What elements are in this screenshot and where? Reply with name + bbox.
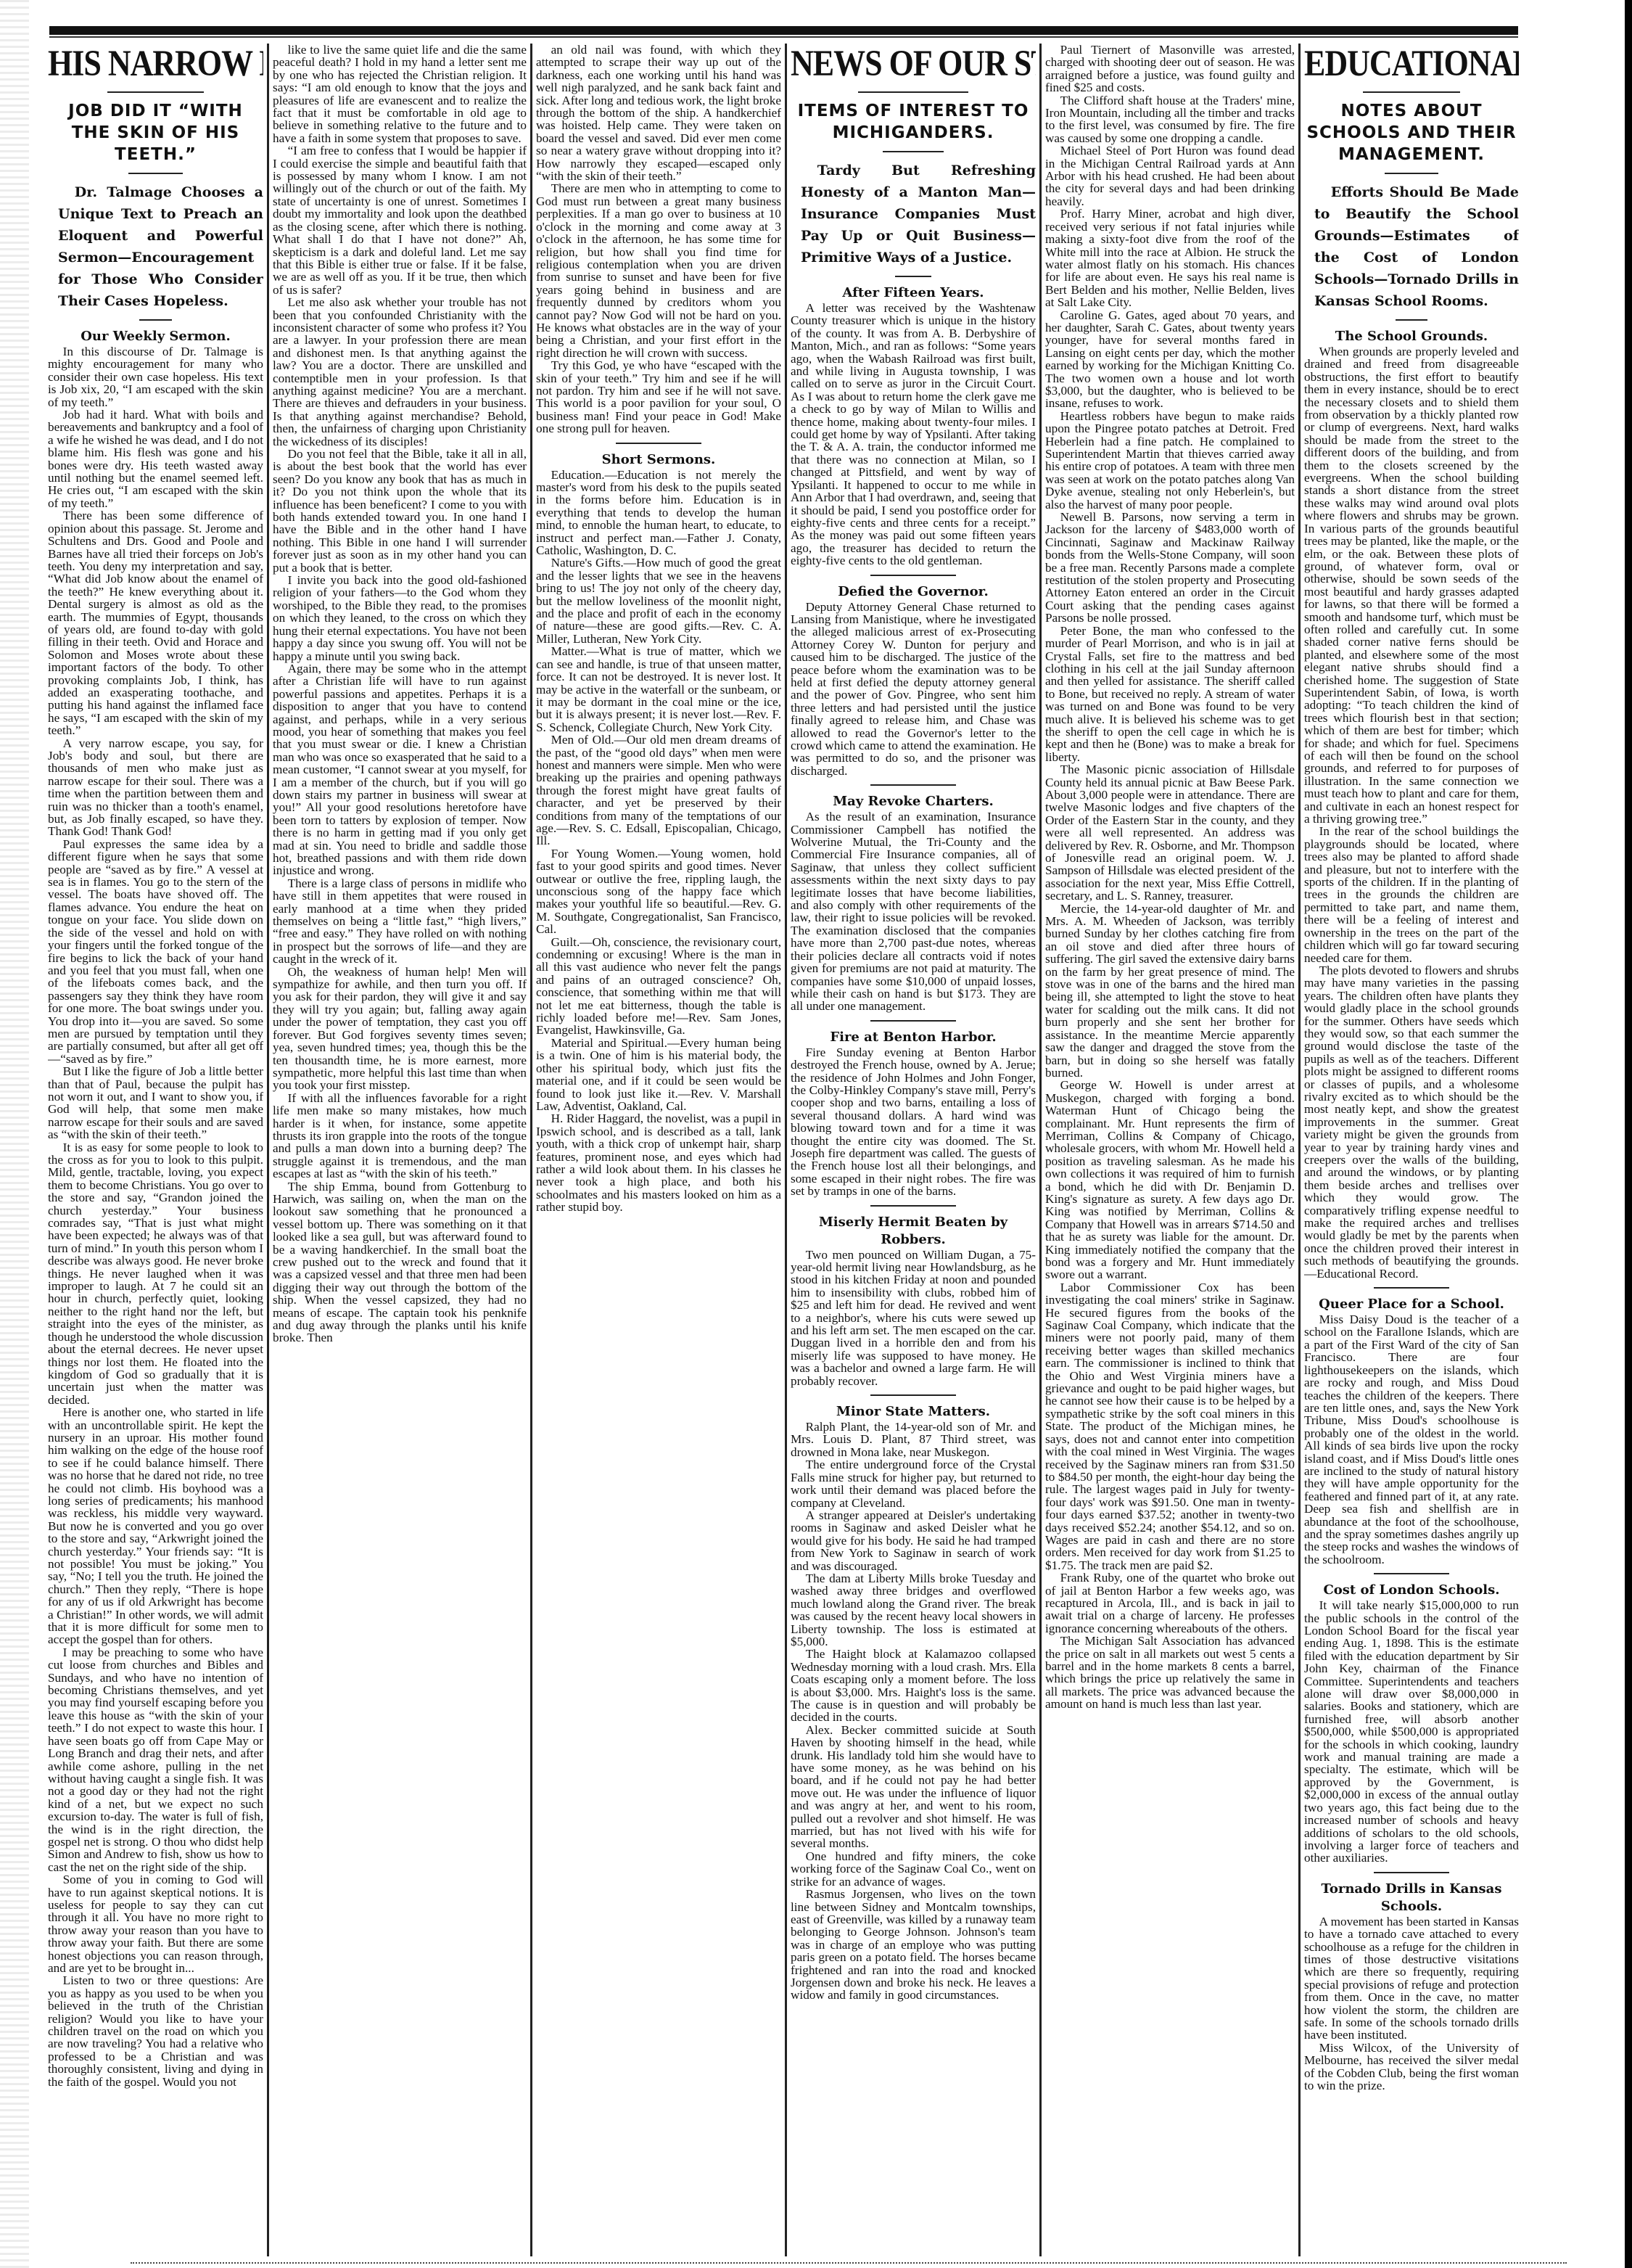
section-rule	[1374, 1872, 1449, 1873]
paragraph: Do you not feel that the Bible, take it …	[273, 448, 527, 574]
article-educational-column: EDUCATIONAL COLUMNNOTES ABOUT SCHOOLS AN…	[1304, 44, 1519, 2256]
paragraph: It is as easy for some people to look to…	[48, 1141, 263, 1407]
section-heading: Fire at Benton Harbor.	[791, 1029, 1036, 1046]
column-divider	[267, 44, 269, 2256]
paragraph: Oh, the weakness of human help! Men will…	[273, 966, 527, 1092]
masthead-rule-thin	[49, 36, 1518, 38]
section-heading: May Revoke Charters.	[791, 793, 1036, 810]
deck-rule	[139, 319, 172, 321]
paragraph: Try this God, ye who have “escaped with …	[536, 359, 781, 435]
paragraph: Prof. Harry Miner, acrobat and high dive…	[1045, 208, 1295, 308]
paragraph: The dam at Liberty Mills broke Tuesday a…	[791, 1572, 1036, 1648]
paragraph: Guilt.—Oh, conscience, the revisionary c…	[536, 936, 781, 1037]
section-rule	[870, 1205, 956, 1207]
paragraph: It will take nearly $15,000,000 to run t…	[1304, 1599, 1519, 1865]
page-bottom-rule	[131, 2262, 1567, 2265]
paragraph: Deputy Attorney General Chase returned t…	[791, 601, 1036, 778]
column-divider	[530, 44, 532, 2256]
paragraph: H. Rider Haggard, the novelist, was a pu…	[536, 1112, 781, 1213]
paragraph: Alex. Becker committed suicide at South …	[791, 1724, 1036, 1850]
subheadline: ITEMS OF INTEREST TO MICHIGANDERS.	[791, 100, 1036, 144]
paragraph: Nature's Gifts.—How much of good the gre…	[536, 556, 781, 645]
headline-rule	[107, 91, 205, 93]
deck-summary: Dr. Talmage Chooses a Unique Text to Pre…	[48, 181, 263, 312]
scan-left-edge	[0, 0, 29, 2268]
paragraph: In the rear of the school buildings the …	[1304, 825, 1519, 964]
paragraph: A stranger appeared at Deisler's underta…	[791, 1509, 1036, 1572]
paragraph: But I like the figure of Job a little be…	[48, 1065, 263, 1141]
section-rule	[870, 1394, 956, 1396]
paragraph: Let me also ask whether your trouble has…	[273, 296, 527, 448]
section-rule	[616, 443, 701, 444]
paragraph: In this discourse of Dr. Talmage is migh…	[48, 345, 263, 408]
section-heading: Queer Place for a School.	[1304, 1296, 1519, 1313]
section-heading: Defied the Governor.	[791, 583, 1036, 601]
section-heading: Minor State Matters.	[791, 1403, 1036, 1421]
section-rule	[870, 1020, 956, 1022]
paragraph: Men of Old.—Our old men dream dreams of …	[536, 734, 781, 847]
subheadline: NOTES ABOUT SCHOOLS AND THEIR MANAGEMENT…	[1304, 100, 1519, 165]
paragraph: Rasmus Jorgensen, who lives on the town …	[791, 1888, 1036, 2002]
paragraph: The Haight block at Kalamazoo collapsed …	[791, 1648, 1036, 1723]
deck-summary: Tardy But Refreshing Honesty of a Manton…	[791, 160, 1036, 268]
paragraph: Matter.—What is true of matter, which we…	[536, 645, 781, 734]
column-divider	[1298, 44, 1301, 2256]
paragraph: Labor Commissioner Cox has been investig…	[1045, 1281, 1295, 1571]
paragraph: George W. Howell is under arrest at Musk…	[1045, 1079, 1295, 1281]
paragraph: A movement has been started in Kansas to…	[1304, 1915, 1519, 2042]
column-divider	[1039, 44, 1042, 2256]
paragraph: “I am free to confess that I would be ha…	[273, 144, 527, 296]
paragraph: Michael Steel of Port Huron was found de…	[1045, 144, 1295, 208]
paragraph: like to live the same quiet life and die…	[273, 44, 527, 144]
section-heading: Our Weekly Sermon.	[48, 328, 263, 345]
paragraph: an old nail was found, with which they a…	[536, 44, 781, 182]
paragraph: If with all the influences favorable for…	[273, 1092, 527, 1180]
paragraph: The Masonic picnic association of Hillsd…	[1045, 763, 1295, 902]
masthead-rule	[49, 26, 1518, 35]
subhead-rule	[128, 173, 182, 174]
paragraph: Ralph Plant, the 14-year-old son of Mr. …	[791, 1421, 1036, 1458]
section-heading: Short Sermons.	[536, 451, 781, 469]
paragraph: Fire Sunday evening at Benton Harbor des…	[791, 1046, 1036, 1198]
paragraph: Some of you in coming to God will have t…	[48, 1873, 263, 1974]
scan-right-edge	[1625, 0, 1632, 2268]
section-rule	[1374, 1573, 1449, 1574]
article-news-of-our-state: NEWS OF OUR STATE.ITEMS OF INTEREST TO M…	[791, 44, 1036, 2256]
paragraph: Caroline G. Gates, aged about 70 years, …	[1045, 309, 1295, 410]
deck-rule	[895, 276, 932, 277]
paragraph: Newell B. Parsons, now serving a term in…	[1045, 511, 1295, 625]
column-divider	[785, 44, 787, 2256]
paragraph: I invite you back into the good old-fash…	[273, 574, 527, 662]
article-short-sermons: an old nail was found, with which they a…	[536, 44, 781, 2256]
paragraph: Job had it hard. What with boils and ber…	[48, 408, 263, 509]
paragraph: Material and Spiritual.—Every human bein…	[536, 1037, 781, 1112]
headline-rule	[1363, 91, 1459, 93]
paragraph: When grounds are properly leveled and dr…	[1304, 345, 1519, 825]
paragraph: The Clifford shaft house at the Traders'…	[1045, 94, 1295, 145]
paragraph: There is a large class of persons in mid…	[273, 877, 527, 966]
paragraph: The Michigan Salt Association has advanc…	[1045, 1635, 1295, 1710]
paragraph: A letter was received by the Washtenaw C…	[791, 302, 1036, 567]
section-heading: After Fifteen Years.	[791, 284, 1036, 302]
section-rule	[870, 784, 956, 786]
paragraph: One hundred and fifty miners, the coke w…	[791, 1850, 1036, 1888]
section-heading: The School Grounds.	[1304, 328, 1519, 345]
paragraph: I may be preaching to some who have cut …	[48, 1646, 263, 1873]
article-his-narrow-escape: HIS NARROW ESCAPE.JOB DID IT “WITH THE S…	[48, 44, 263, 2256]
paragraph: The plots devoted to flowers and shrubs …	[1304, 964, 1519, 1280]
subheadline: JOB DID IT “WITH THE SKIN OF HIS TEETH.”	[48, 100, 263, 165]
section-heading: Cost of London Schools.	[1304, 1582, 1519, 1599]
paragraph: Two men pounced on William Dugan, a 75-y…	[791, 1249, 1036, 1387]
paragraph: Again, there may be some who in the atte…	[273, 662, 527, 877]
subhead-rule	[1385, 173, 1438, 174]
paragraph: Here is another one, who started in life…	[48, 1406, 263, 1646]
paragraph: Miss Wilcox, of the University of Melbou…	[1304, 2042, 1519, 2092]
headline: EDUCATIONAL COLUMN	[1304, 44, 1519, 87]
section-heading: Miserly Hermit Beaten by Robbers.	[791, 1214, 1036, 1249]
deck-rule	[1396, 319, 1427, 321]
subhead-rule	[883, 151, 944, 152]
paragraph: There are men who in attempting to come …	[536, 182, 781, 359]
paragraph: The ship Emma, bound from Gottenburg to …	[273, 1180, 527, 1344]
article-continuation-1: like to live the same quiet life and die…	[273, 44, 527, 2256]
section-heading: Tornado Drills in Kansas Schools.	[1304, 1881, 1519, 1915]
section-rule	[1374, 1287, 1449, 1289]
paragraph: Miss Daisy Doud is the teacher of a scho…	[1304, 1313, 1519, 1566]
headline: HIS NARROW ESCAPE.	[48, 44, 263, 87]
deck-summary: Efforts Should Be Made to Beautify the S…	[1304, 181, 1519, 312]
paragraph: Frank Ruby, one of the quartet who broke…	[1045, 1571, 1295, 1635]
paragraph: The entire underground force of the Crys…	[791, 1458, 1036, 1509]
paragraph: Heartless robbers have begun to make rai…	[1045, 410, 1295, 511]
paragraph: Peter Bone, the man who confessed to the…	[1045, 625, 1295, 763]
section-rule	[870, 575, 956, 576]
article-state-items: Paul Tiernert of Masonville was arrested…	[1045, 44, 1295, 2256]
paragraph: For Young Women.—Young women, hold fast …	[536, 847, 781, 936]
paragraph: There has been some difference of opinio…	[48, 509, 263, 736]
paragraph: Mercie, the 14-year-old daughter of Mr. …	[1045, 903, 1295, 1080]
headline-rule	[858, 91, 968, 93]
paragraph: Education.—Education is not merely the m…	[536, 469, 781, 557]
paragraph: As the result of an examination, Insuran…	[791, 810, 1036, 1013]
headline: NEWS OF OUR STATE.	[791, 44, 1036, 87]
paragraph: Paul expresses the same idea by a differ…	[48, 838, 263, 1065]
paragraph: Paul Tiernert of Masonville was arrested…	[1045, 44, 1295, 94]
paragraph: Listen to two or three questions: Are yo…	[48, 1974, 263, 2088]
paragraph: A very narrow escape, you say, for Job's…	[48, 737, 263, 838]
